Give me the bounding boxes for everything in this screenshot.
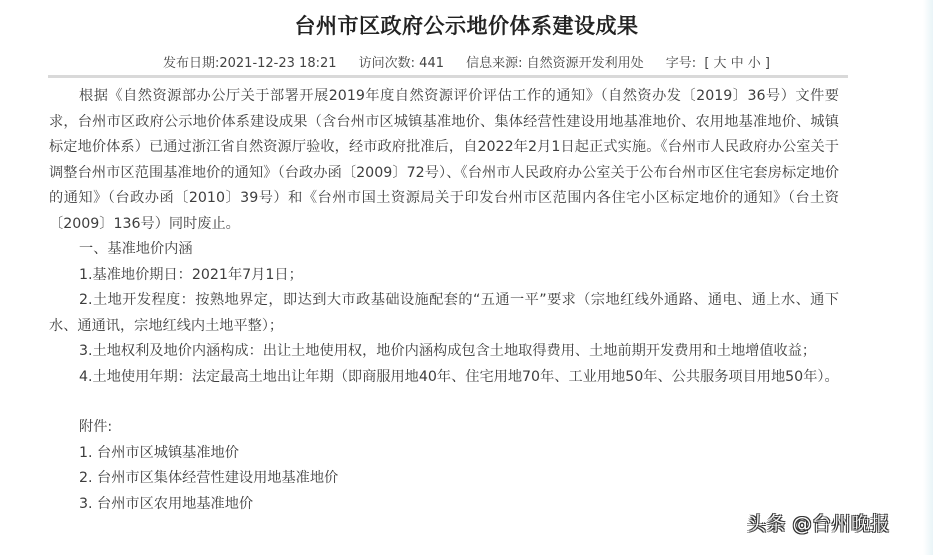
publish-date: 发布日期:2021-12-23 18:21: [163, 56, 337, 71]
source-watermark: 头条 @台州晚报: [747, 509, 890, 536]
attachment-link[interactable]: 1. 台州市区城镇基准地价: [49, 441, 839, 467]
right-edge-shade: [923, 0, 933, 555]
list-item: 1.基准地价期日：2021年7月1日；: [49, 263, 839, 289]
page-title: 台州市区政府公示地价体系建设成果: [0, 10, 933, 40]
section-heading: 一、基准地价内涵: [49, 237, 839, 263]
font-size-label: 字号:: [666, 56, 696, 71]
list-item: 3.土地权利及地价内涵构成：出让土地使用权，地价内涵构成包含土地取得费用、土地前…: [49, 339, 839, 365]
article-meta: 发布日期:2021-12-23 18:21 访问次数: 441 信息来源: 自然…: [0, 52, 933, 71]
intro-paragraph: 根据《自然资源部办公厅关于部署开展2019年度自然资源评价评估工作的通知》（自然…: [49, 84, 839, 237]
visit-count: 访问次数: 441: [359, 56, 444, 71]
font-size-options[interactable]: [ 大 中 小 ]: [704, 56, 770, 71]
attachment-link[interactable]: 3. 台州市区农用地基准地价: [49, 492, 839, 518]
font-size-control: 字号: [ 大 中 小 ]: [666, 56, 770, 71]
spacer: [49, 390, 839, 415]
attachments-label: 附件:: [49, 415, 839, 441]
info-source: 信息来源: 自然资源开发利用处: [466, 56, 644, 71]
attachment-link[interactable]: 2. 台州市区集体经营性建设用地基准地价: [49, 466, 839, 492]
article-body: 根据《自然资源部办公厅关于部署开展2019年度自然资源评价评估工作的通知》（自然…: [49, 84, 839, 517]
header-divider: [48, 75, 848, 78]
list-item: 2.土地开发程度：按熟地界定，即达到大市政基础设施配套的“五通一平”要求（宗地红…: [49, 288, 839, 339]
list-item: 4.土地使用年期：法定最高土地出让年期（即商服用地40年、住宅用地70年、工业用…: [49, 365, 839, 391]
